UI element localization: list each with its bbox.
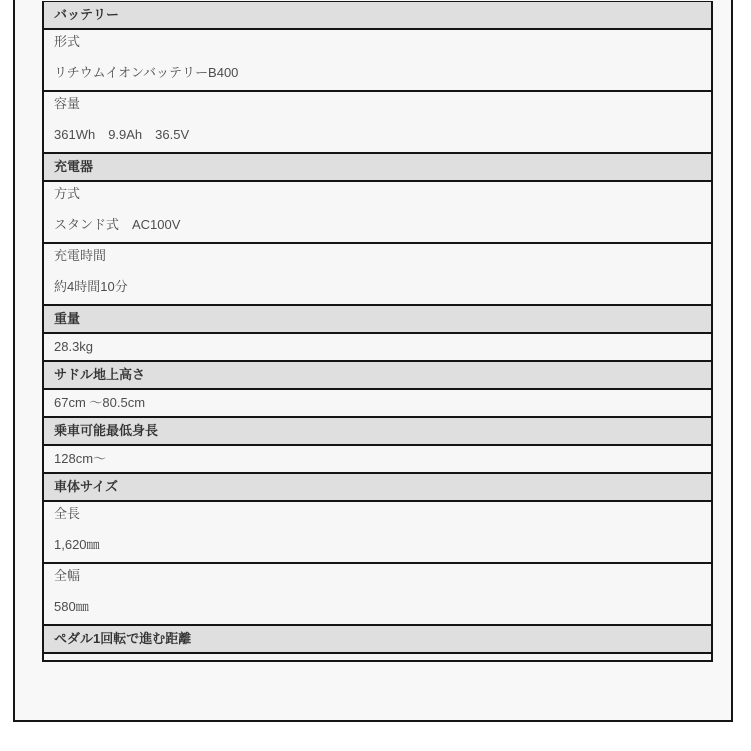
- spec-value-row: 128cm～: [44, 444, 711, 472]
- spec-value-row: 28.3kg: [44, 332, 711, 360]
- spec-item-row: 方式スタンド式 AC100V: [44, 180, 711, 242]
- spec-table: バッテリー形式リチウムイオンバッテリーB400容量361Wh 9.9Ah 36.…: [42, 1, 713, 662]
- spec-item-value: スタンド式 AC100V: [54, 218, 701, 232]
- spec-item-value: 1,620㎜: [54, 538, 701, 552]
- spec-item-label: 形式: [54, 35, 701, 49]
- spec-item-value: リチウムイオンバッテリーB400: [54, 66, 701, 80]
- spec-item-row: 容量361Wh 9.9Ah 36.5V: [44, 90, 711, 152]
- spec-section-row: 車体サイズ: [44, 472, 711, 500]
- scrollbar-track[interactable]: [737, 0, 751, 751]
- spec-item-value: 580㎜: [54, 600, 701, 614]
- spec-section-row: サドル地上高さ: [44, 360, 711, 388]
- spec-value-row: 67cm ～80.5cm: [44, 388, 711, 416]
- spec-item-row: 全幅580㎜: [44, 562, 711, 624]
- spec-item-label: 方式: [54, 187, 701, 201]
- spec-item-label: 全長: [54, 507, 701, 521]
- spec-item-row: 全長1,620㎜: [44, 500, 711, 562]
- spec-empty-row: [44, 652, 711, 660]
- spec-item-label: 全幅: [54, 569, 701, 583]
- spec-item-value: 約4時間10分: [54, 280, 701, 294]
- spec-section-row: バッテリー: [44, 2, 711, 28]
- spec-section-row: 乗車可能最低身長: [44, 416, 711, 444]
- spec-section-row: 重量: [44, 304, 711, 332]
- spec-item-row: 形式リチウムイオンバッテリーB400: [44, 28, 711, 90]
- spec-item-label: 容量: [54, 97, 701, 111]
- spec-panel: バッテリー形式リチウムイオンバッテリーB400容量361Wh 9.9Ah 36.…: [13, 0, 733, 722]
- spec-item-row: 充電時間約4時間10分: [44, 242, 711, 304]
- spec-item-value: 361Wh 9.9Ah 36.5V: [54, 128, 701, 142]
- spec-section-row: ペダル1回転で進む距離: [44, 624, 711, 652]
- spec-item-label: 充電時間: [54, 249, 701, 263]
- spec-section-row: 充電器: [44, 152, 711, 180]
